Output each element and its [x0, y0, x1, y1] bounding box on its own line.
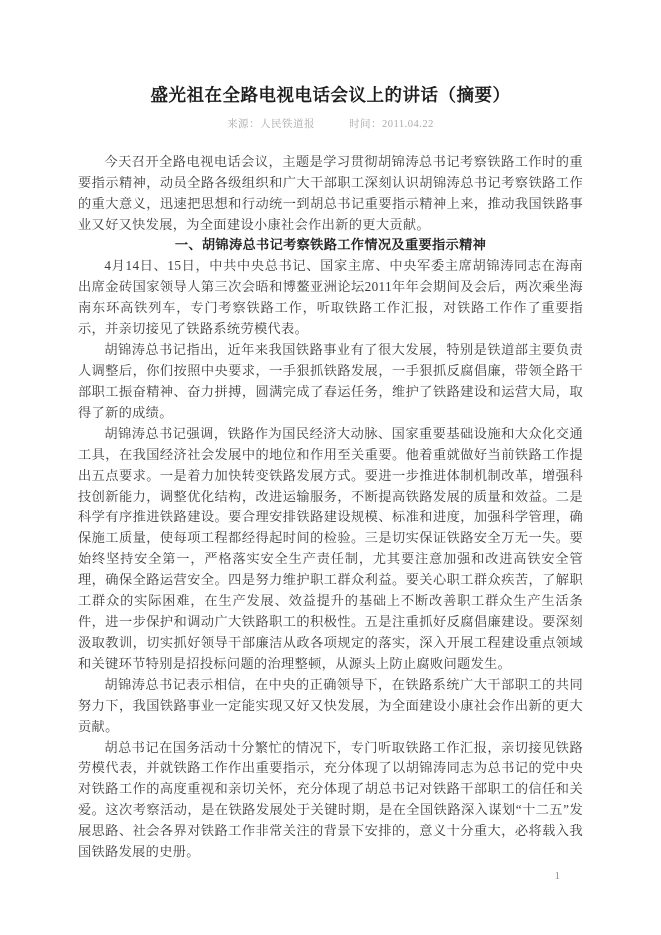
paragraph-confidence: 胡锦涛总书记表示相信，在中央的正确领导下，在铁路系统广大干部职工的共同努力下，我…	[78, 675, 583, 738]
meta-line: 来源：人民铁道报 时间：2011.04.22	[78, 116, 583, 131]
document-page: 盛光祖在全路电视电话会议上的讲话（摘要） 来源：人民铁道报 时间：2011.04…	[0, 0, 661, 935]
paragraph-five-requirements: 胡锦涛总书记强调，铁路作为国民经济大动脉、国家重要基础设施和大众化交通工具，在我…	[78, 424, 583, 675]
document-title: 盛光祖在全路电视电话会议上的讲话（摘要）	[78, 84, 583, 107]
source-label: 来源：人民铁道报	[227, 116, 315, 131]
document-body: 今天召开全路电视电话会议，主题是学习贯彻胡锦涛总书记考察铁路工作时的重要指示精神…	[78, 152, 583, 863]
paragraph-pointed-out: 胡锦涛总书记指出，近年来我国铁路事业有了很大发展，特别是铁道部主要负责人调整后，…	[78, 340, 583, 424]
section-heading: 一、胡锦涛总书记考察铁路工作情况及重要指示精神	[78, 235, 583, 256]
paragraph-inspection-trip: 4月14日、15日，中共中央总书记、国家主席、中央军委主席胡锦涛同志在海南出席金…	[78, 256, 583, 340]
time-label: 时间：2011.04.22	[349, 116, 434, 131]
paragraph-intro: 今天召开全路电视电话会议，主题是学习贯彻胡锦涛总书记考察铁路工作时的重要指示精神…	[78, 152, 583, 236]
paragraph-significance: 胡总书记在国务活动十分繁忙的情况下，专门听取铁路工作汇报，亲切接见铁路劳模代表，…	[78, 738, 583, 864]
page-number: 1	[555, 870, 561, 882]
